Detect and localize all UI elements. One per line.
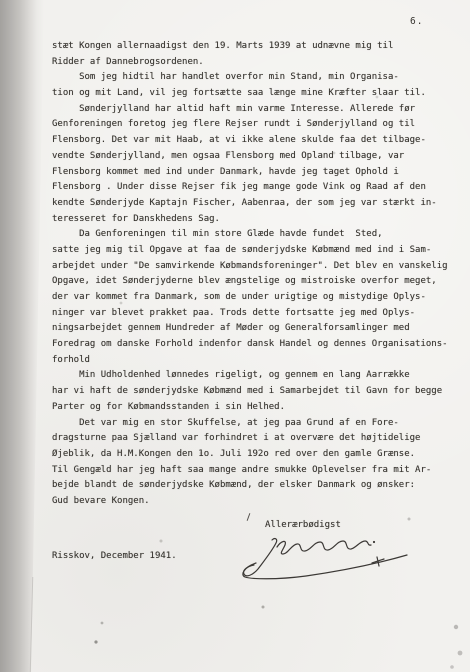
letter-line: arbejdet under "De samvirkende Købmandsf… — [52, 259, 452, 275]
stray-pen-mark — [247, 513, 251, 521]
letter-line: har vi haft de sønderjydske Købmænd med … — [52, 384, 452, 400]
letter-line: Ridder af Dannebrogsordenen. — [52, 55, 452, 71]
letter-line: Til Gengæld har jeg haft saa mange andre… — [52, 463, 452, 479]
scan-edge-shadow — [0, 0, 44, 672]
letter-line: tion og mit Land, vil jeg fortsætte saa … — [52, 86, 452, 102]
letter-line: Genforeningen foretog jeg flere Rejser r… — [52, 117, 452, 133]
letter-line: ningsarbejdet gennem Hundreder af Møder … — [52, 321, 452, 337]
letter-line: satte jeg mig til Opgave at faa de sønde… — [52, 243, 452, 259]
paper-specks — [0, 0, 2, 2]
letter-line: Som jeg hidtil har handlet overfor min S… — [52, 70, 452, 86]
letter-line: kendte Sønderjyde Kaptajn Fischer, Aaben… — [52, 196, 452, 212]
letter-line: teresseret for Danskhedens Sag. — [52, 212, 452, 228]
letter-line: forhold — [52, 353, 452, 369]
letter-line: dragsturne paa Sjælland var forhindret i… — [52, 431, 452, 447]
letter-line: Da Genforeningen til min store Glæde hav… — [52, 227, 452, 243]
letter-line: Opgave, idet Sønderjyderne blev ængsteli… — [52, 274, 452, 290]
letter-line: ninger var blevet prakket paa. Trods det… — [52, 306, 452, 322]
letter-line: der var kommet fra Danmark, som de under… — [52, 290, 452, 306]
letter-body: stæt Kongen allernaadigst den 19. Marts … — [52, 39, 452, 510]
letter-line: Flensborg . Under disse Rejser fik jeg m… — [52, 180, 452, 196]
letter-line: Flensborg kommet med ind under Danmark, … — [52, 165, 452, 181]
letter-line: Parter og for Købmandsstanden i sin Helh… — [52, 400, 452, 416]
place-date: Risskov, December 1941. — [52, 551, 177, 561]
letter-line: Gud bevare Kongen. — [52, 494, 452, 510]
scanned-letter-page: 6. stæt Kongen allernaadigst den 19. Mar… — [0, 0, 470, 672]
letter-line: Sønderjylland har altid haft min varme I… — [52, 102, 452, 118]
closing-salutation: Allerærbødigst — [265, 520, 341, 530]
letter-line: Øjeblik, da H.M.Kongen den 1o. Juli 192o… — [52, 447, 452, 463]
letter-line: Foredrag om danske Forhold indenfor dans… — [52, 337, 452, 353]
letter-line: Det var mig en stor Skuffelse, at jeg pa… — [52, 416, 452, 432]
letter-line: Flensborg. Det var mit Haab, at vi ikke … — [52, 133, 452, 149]
letter-line: stæt Kongen allernaadigst den 19. Marts … — [52, 39, 452, 55]
letter-line: vendte Sønderjylland, men ogsaa Flensbor… — [52, 149, 452, 165]
page-number: 6. — [410, 16, 423, 27]
letter-line: bejde blandt de sønderjydske Købmænd, de… — [52, 478, 452, 494]
letter-line: Min Udholdenhed lønnedes rigeligt, og ge… — [52, 368, 452, 384]
handwritten-signature-icon — [236, 533, 416, 585]
